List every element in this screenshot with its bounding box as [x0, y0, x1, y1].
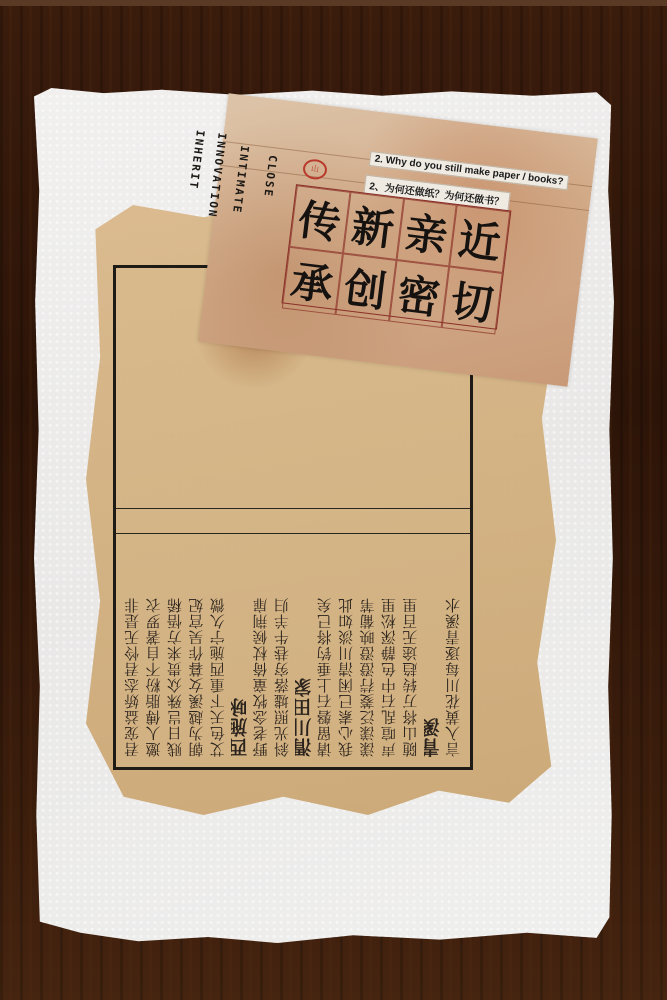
- text-column: 君宠益娇态君怜无是非: [124, 278, 141, 757]
- calligraphy-char: 创: [335, 253, 396, 321]
- collage-label: 2. Why do you still make paper / books? …: [198, 93, 598, 386]
- wood-table-edge: [0, 0, 667, 6]
- word-intimate: INTIMATE: [230, 145, 251, 215]
- word-close: CLOSE: [261, 154, 279, 198]
- text-column: 贱日岂殊众贵来方悟稀: [167, 278, 184, 757]
- calligraphy-char: 亲: [396, 198, 457, 266]
- calligraphy-grid: 传 新 亲 近 承 创 密 切: [281, 184, 511, 330]
- calligraphy-char: 密: [389, 260, 450, 328]
- text-column: 邀人傅脂粉不自著罗衣: [146, 278, 163, 757]
- calligraphy-char: 传: [289, 185, 350, 253]
- calligraphy-char: 切: [442, 266, 503, 334]
- calligraphy-char: 新: [343, 192, 404, 260]
- calligraphy-char: 承: [282, 247, 343, 315]
- calligraphy-char: 近: [449, 205, 510, 273]
